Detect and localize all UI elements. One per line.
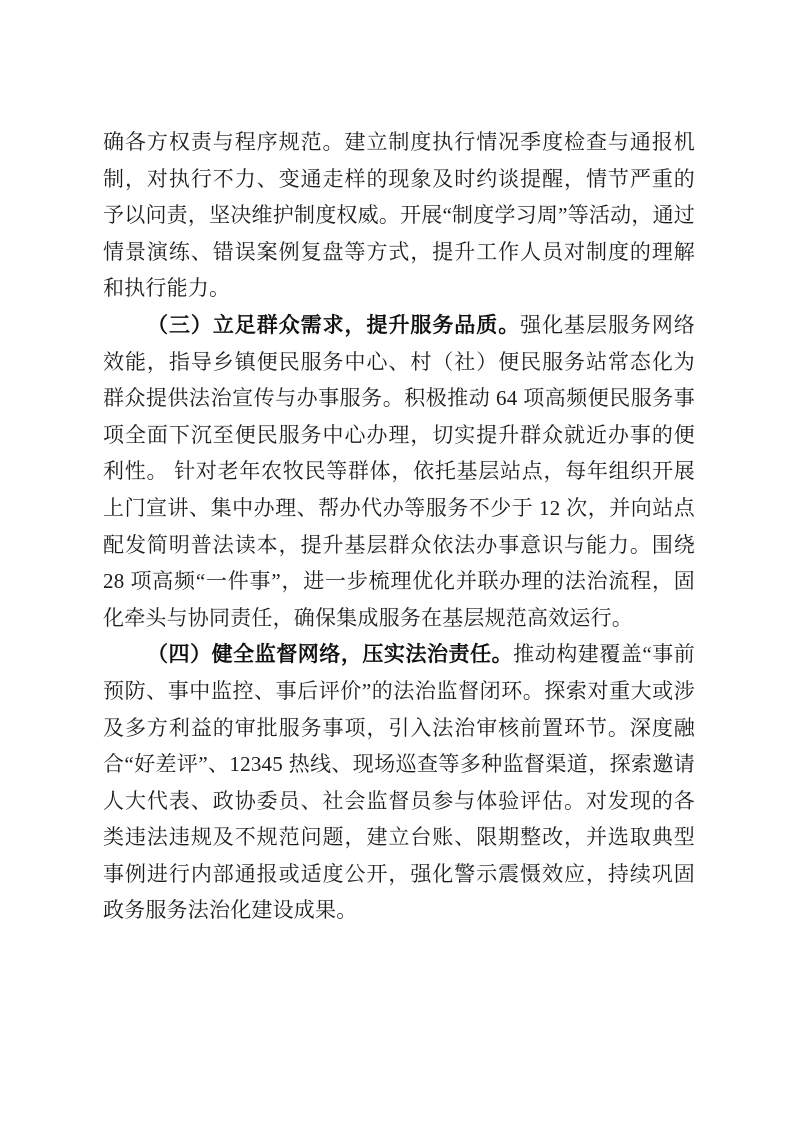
document-body: 确各方权责与程序规范。建立制度执行情况季度检查与通报机制，对执行不力、变通走样的… [103,124,695,929]
paragraph-section-4: （四）健全监督网络，压实法治责任。推动构建覆盖“事前预防、事中监控、事后评价”的… [103,636,695,929]
paragraph-continuation-text: 确各方权责与程序规范。建立制度执行情况季度检查与通报机制，对执行不力、变通走样的… [103,130,695,300]
paragraph-continuation: 确各方权责与程序规范。建立制度执行情况季度检查与通报机制，对执行不力、变通走样的… [103,124,695,307]
section-4-heading: （四）健全监督网络，压实法治责任。 [147,642,513,666]
section-3-heading: （三）立足群众需求，提升服务品质。 [147,313,520,337]
paragraph-section-3: （三）立足群众需求，提升服务品质。强化基层服务网络效能，指导乡镇便民服务中心、村… [103,307,695,636]
section-4-body-text: 推动构建覆盖“事前预防、事中监控、事后评价”的法治监督闭环。探索对重大或涉及多方… [103,642,695,922]
document-page: 确各方权责与程序规范。建立制度执行情况季度检查与通报机制，对执行不力、变通走样的… [0,0,793,1122]
section-3-body-text: 强化基层服务网络效能，指导乡镇便民服务中心、村（社）便民服务站常态化为群众提供法… [103,313,695,630]
